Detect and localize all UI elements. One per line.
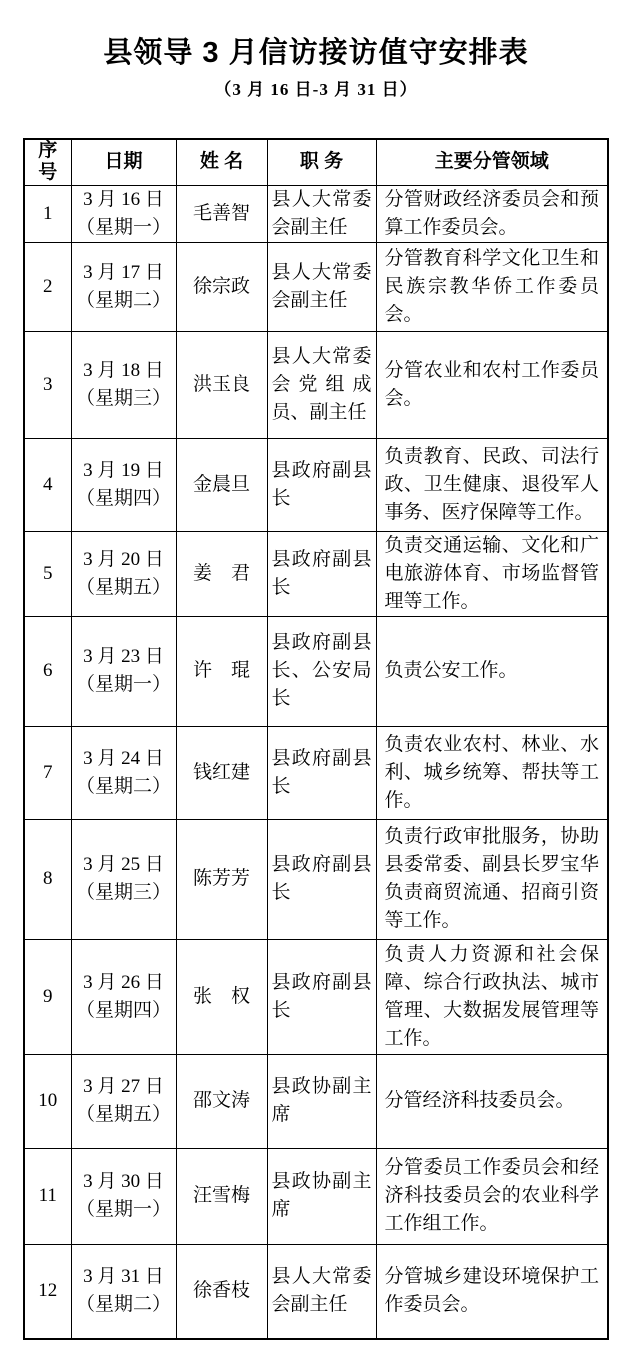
date-cell: 3 月 30 日 （星期一） [71,1148,176,1244]
table-row: 5 3 月 20 日 （星期五） 姜 君 县政府副县长 负责交通运输、文化和广电… [24,531,608,616]
areas-cell: 负责公安工作。 [376,616,608,726]
weekday-text: （星期三） [72,385,176,413]
header-row: 序号 日期 姓 名 职 务 主要分管领域 [24,139,608,185]
seq-cell: 11 [24,1148,71,1244]
seq-cell: 6 [24,616,71,726]
weekday-text: （星期一） [72,1196,176,1224]
name-cell: 徐宗政 [176,242,267,331]
position-cell: 县政府副县长 [267,726,376,819]
col-header-areas: 主要分管领域 [376,139,608,185]
position-cell: 县人大常委会副主任 [267,185,376,242]
date-text: 3 月 27 日 [72,1073,176,1101]
table-row: 7 3 月 24 日 （星期二） 钱红建 县政府副县长 负责农业农村、林业、水利… [24,726,608,819]
weekday-text: （星期二） [72,287,176,315]
date-text: 3 月 25 日 [72,851,176,879]
date-text: 3 月 26 日 [72,969,176,997]
date-cell: 3 月 26 日 （星期四） [71,939,176,1054]
table-row: 10 3 月 27 日 （星期五） 邵文涛 县政协副主席 分管经济科技委员会。 [24,1054,608,1148]
date-cell: 3 月 19 日 （星期四） [71,438,176,531]
date-cell: 3 月 23 日 （星期一） [71,616,176,726]
name-cell: 金晨旦 [176,438,267,531]
seq-cell: 2 [24,242,71,331]
areas-cell: 负责人力资源和社会保障、综合行政执法、城市管理、大数据发展管理等工作。 [376,939,608,1054]
weekday-text: （星期三） [72,879,176,907]
page-title: 县领导 3 月信访接访值守安排表 [0,0,632,73]
areas-cell: 分管委员工作委员会和经济科技委员会的农业科学工作组工作。 [376,1148,608,1244]
name-cell: 陈芳芳 [176,819,267,939]
table-row: 3 3 月 18 日 （星期三） 洪玉良 县人大常委会党组成员、副主任 分管农业… [24,331,608,438]
areas-cell: 负责行政审批服务，协助县委常委、副县长罗宝华负责商贸流通、招商引资等工作。 [376,819,608,939]
position-cell: 县政府副县长 [267,819,376,939]
date-text: 3 月 24 日 [72,745,176,773]
seq-cell: 3 [24,331,71,438]
date-cell: 3 月 18 日 （星期三） [71,331,176,438]
areas-cell: 分管财政经济委员会和预算工作委员会。 [376,185,608,242]
table-row: 4 3 月 19 日 （星期四） 金晨旦 县政府副县长 负责教育、民政、司法行政… [24,438,608,531]
date-cell: 3 月 25 日 （星期三） [71,819,176,939]
weekday-text: （星期二） [72,1291,176,1319]
areas-cell: 分管教育科学文化卫生和民族宗教华侨工作委员会。 [376,242,608,331]
name-cell: 许 琨 [176,616,267,726]
table-row: 6 3 月 23 日 （星期一） 许 琨 县政府副县长、公安局长 负责公安工作。 [24,616,608,726]
table-row: 12 3 月 31 日 （星期二） 徐香枝 县人大常委会副主任 分管城乡建设环境… [24,1244,608,1339]
weekday-text: （星期一） [72,214,176,242]
table-row: 1 3 月 16 日 （星期一） 毛善智 县人大常委会副主任 分管财政经济委员会… [24,185,608,242]
document-page: 县领导 3 月信访接访值守安排表 （3 月 16 日-3 月 31 日） 序号 … [0,0,632,1366]
position-cell: 县政府副县长 [267,939,376,1054]
name-cell: 邵文涛 [176,1054,267,1148]
table-row: 8 3 月 25 日 （星期三） 陈芳芳 县政府副县长 负责行政审批服务，协助县… [24,819,608,939]
date-cell: 3 月 16 日 （星期一） [71,185,176,242]
seq-cell: 1 [24,185,71,242]
date-cell: 3 月 20 日 （星期五） [71,531,176,616]
seq-cell: 8 [24,819,71,939]
name-cell: 洪玉良 [176,331,267,438]
position-cell: 县人大常委会党组成员、副主任 [267,331,376,438]
table-row: 11 3 月 30 日 （星期一） 汪雪梅 县政协副主席 分管委员工作委员会和经… [24,1148,608,1244]
col-header-date: 日期 [71,139,176,185]
weekday-text: （星期一） [72,671,176,699]
position-cell: 县人大常委会副主任 [267,242,376,331]
page-subtitle: （3 月 16 日-3 月 31 日） [0,78,632,102]
date-text: 3 月 18 日 [72,357,176,385]
seq-cell: 7 [24,726,71,819]
position-cell: 县政府副县长、公安局长 [267,616,376,726]
date-text: 3 月 20 日 [72,546,176,574]
date-text: 3 月 16 日 [72,186,176,214]
date-cell: 3 月 27 日 （星期五） [71,1054,176,1148]
seq-cell: 5 [24,531,71,616]
name-cell: 张 权 [176,939,267,1054]
name-cell: 钱红建 [176,726,267,819]
weekday-text: （星期四） [72,997,176,1025]
date-cell: 3 月 31 日 （星期二） [71,1244,176,1339]
seq-cell: 10 [24,1054,71,1148]
date-text: 3 月 23 日 [72,643,176,671]
table-row: 9 3 月 26 日 （星期四） 张 权 县政府副县长 负责人力资源和社会保障、… [24,939,608,1054]
col-header-seq: 序号 [24,139,71,185]
date-text: 3 月 30 日 [72,1168,176,1196]
weekday-text: （星期四） [72,485,176,513]
position-cell: 县政府副县长 [267,531,376,616]
areas-cell: 负责交通运输、文化和广电旅游体育、市场监督管理等工作。 [376,531,608,616]
seq-cell: 4 [24,438,71,531]
position-cell: 县政府副县长 [267,438,376,531]
areas-cell: 分管城乡建设环境保护工作委员会。 [376,1244,608,1339]
date-cell: 3 月 24 日 （星期二） [71,726,176,819]
date-text: 3 月 19 日 [72,457,176,485]
table-row: 2 3 月 17 日 （星期二） 徐宗政 县人大常委会副主任 分管教育科学文化卫… [24,242,608,331]
areas-cell: 分管经济科技委员会。 [376,1054,608,1148]
name-cell: 姜 君 [176,531,267,616]
areas-cell: 负责农业农村、林业、水利、城乡统筹、帮扶等工作。 [376,726,608,819]
name-cell: 汪雪梅 [176,1148,267,1244]
duty-schedule-table: 序号 日期 姓 名 职 务 主要分管领域 1 3 月 16 日 （星期一） 毛善… [23,138,609,1340]
date-text: 3 月 31 日 [72,1263,176,1291]
weekday-text: （星期五） [72,574,176,602]
seq-cell: 9 [24,939,71,1054]
date-text: 3 月 17 日 [72,259,176,287]
col-header-name: 姓 名 [176,139,267,185]
areas-cell: 负责教育、民政、司法行政、卫生健康、退役军人事务、医疗保障等工作。 [376,438,608,531]
areas-cell: 分管农业和农村工作委员会。 [376,331,608,438]
weekday-text: （星期二） [72,773,176,801]
seq-cell: 12 [24,1244,71,1339]
name-cell: 毛善智 [176,185,267,242]
name-cell: 徐香枝 [176,1244,267,1339]
col-header-position: 职 务 [267,139,376,185]
position-cell: 县人大常委会副主任 [267,1244,376,1339]
date-cell: 3 月 17 日 （星期二） [71,242,176,331]
position-cell: 县政协副主席 [267,1054,376,1148]
weekday-text: （星期五） [72,1101,176,1129]
position-cell: 县政协副主席 [267,1148,376,1244]
